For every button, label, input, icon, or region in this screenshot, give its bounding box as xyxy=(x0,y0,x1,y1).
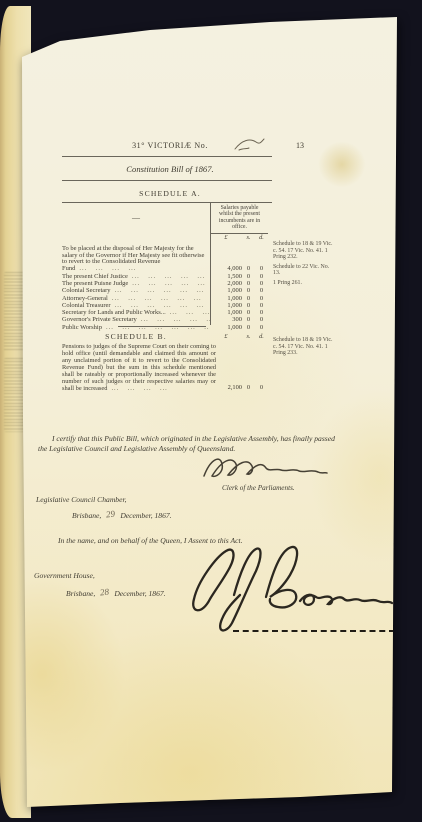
act-reference: 31° VICTORIÆ No. xyxy=(100,141,240,150)
schedule-b-body: Pensions to judges of the Supreme Court … xyxy=(62,343,216,392)
leader-dots: ... ... ... ... xyxy=(107,385,167,392)
handwritten-day: 28 xyxy=(98,586,112,597)
margin-note: 1 Pring 261. xyxy=(273,280,335,287)
schedule-b-section: SCHEDULE B. £ s. d. Pensions to judges o… xyxy=(62,333,268,392)
table-header-dash: — xyxy=(62,203,210,234)
page-number: 13 xyxy=(296,141,304,150)
council-date-line: Brisbane,29December, 1867. xyxy=(72,510,172,520)
clerk-signature xyxy=(198,450,330,484)
schedule-b-margin-note: Schedule to 18 & 19 Vic. c. 54. 17 Vic. … xyxy=(273,337,335,357)
row-amount: 1,00000 xyxy=(210,325,268,332)
rule xyxy=(62,156,272,157)
pounds-symbol: £ xyxy=(210,333,242,340)
leader-dots: ... ... ... ... ... ... ... ... xyxy=(108,296,210,303)
margin-note: Schedule to 18 & 19 Vic. c. 54. 17 Vic. … xyxy=(273,241,335,261)
section-divider-rule xyxy=(118,326,206,327)
rule xyxy=(62,180,272,181)
margin-note: Schedule to 22 Vic. No. 13. xyxy=(273,264,335,277)
shillings-symbol: s. xyxy=(242,235,255,244)
row-label: To be placed at the disposal of Her Maje… xyxy=(62,246,208,274)
leader-dots: ... ... ... ... ... ... ... ... xyxy=(111,288,210,295)
schedule-b-amount: 2,10000 xyxy=(210,384,268,391)
leader-dots: ... ... ... ... ... ... ... ... xyxy=(166,310,210,317)
handwritten-day: 29 xyxy=(104,508,118,519)
schedule-a-title: SCHEDULE A. xyxy=(100,189,240,198)
schedule-b-title: SCHEDULE B. xyxy=(62,333,210,340)
row-label: Public Worship xyxy=(62,325,102,332)
schedule-a-table: — Salaries payable whilst the present in… xyxy=(62,203,268,332)
handwritten-bill-number-flourish xyxy=(232,136,266,152)
bill-title: Constitution Bill of 1867. xyxy=(88,164,252,174)
clerk-title: Clerk of the Parliaments. xyxy=(222,484,295,492)
leader-dots: ... ... ... ... xyxy=(75,265,136,272)
leader-dots: ... ... ... ... ... ... ... ... xyxy=(128,281,210,288)
amount-column-note: Salaries payable whilst the present incu… xyxy=(210,203,268,234)
signature-underline xyxy=(233,630,395,632)
government-house-line: Government House, xyxy=(34,571,95,580)
schedule-a-margin-notes: Schedule to 18 & 19 Vic. c. 54. 17 Vic. … xyxy=(273,241,335,290)
leader-dots: ... ... ... ... ... ... ... ... xyxy=(128,274,210,281)
pounds-symbol: £ xyxy=(210,235,242,244)
table-row: To be placed at the disposal of Her Maje… xyxy=(62,246,268,274)
currency-header: £ s. d. xyxy=(210,234,268,244)
pence-symbol: d. xyxy=(255,333,268,340)
document-photo: 31° VICTORIÆ No. 13 Constitution Bill of… xyxy=(0,0,422,822)
leader-dots: ... ... ... ... ... ... ... ... xyxy=(137,317,210,324)
currency-header: £ s. d. xyxy=(210,333,268,340)
document-page: 31° VICTORIÆ No. 13 Constitution Bill of… xyxy=(0,0,422,822)
assent-date-line: Brisbane,28December, 1867. xyxy=(66,588,166,598)
pence-symbol: d. xyxy=(255,235,268,244)
governor-signature xyxy=(182,537,394,639)
shillings-symbol: s. xyxy=(242,333,255,340)
row-amount: 4,00000 xyxy=(210,266,268,273)
council-chamber-line: Legislative Council Chamber, xyxy=(36,495,127,504)
